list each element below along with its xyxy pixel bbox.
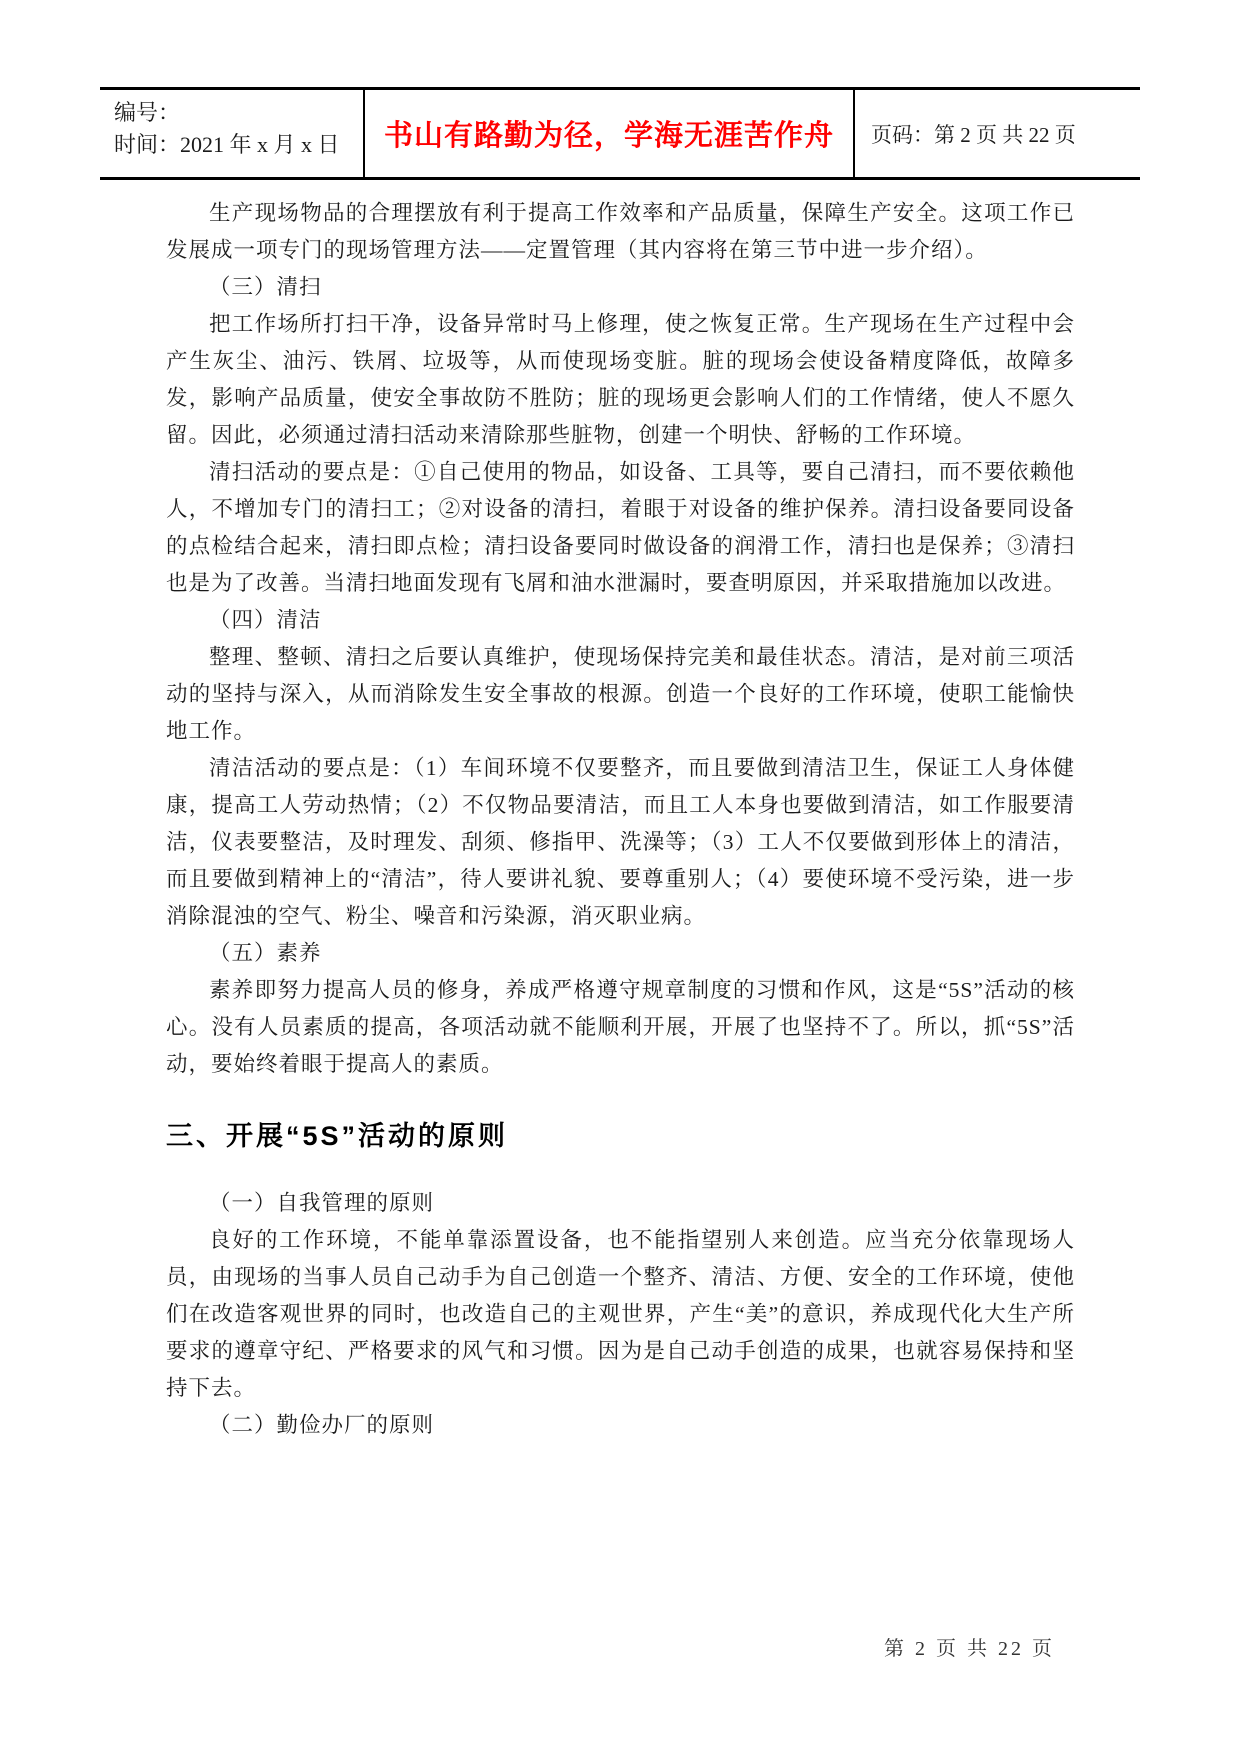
body-paragraph: 素养即努力提高人员的修身，养成严格遵守规章制度的习惯和作风，这是“5S”活动的核… [166,972,1075,1083]
section-subheading: （二）勤俭办厂的原则 [166,1407,1075,1444]
doc-number-label: 编号： [114,97,355,129]
body-paragraph: 整理、整顿、清扫之后要认真维护，使现场保持完美和最佳状态。清洁，是对前三项活动的… [166,639,1075,750]
body-paragraph: 把工作场所打扫干净，设备异常时马上修理，使之恢复正常。生产现场在生产过程中会产生… [166,306,1075,454]
header-middle-cell: 书山有路勤为径，学海无涯苦作舟 [365,90,855,177]
section-subheading: （五）素养 [166,935,1075,972]
header-right-cell: 页码：第 2 页 共 22 页 [855,90,1140,177]
section-subheading: （三）清扫 [166,269,1075,306]
section-heading: 三、开展“5S”活动的原则 [166,1115,1075,1157]
body-paragraph: 清扫活动的要点是：①自己使用的物品，如设备、工具等，要自己清扫，而不要依赖他人，… [166,454,1075,602]
doc-time-label: 时间：2021 年 x 月 x 日 [114,129,355,161]
page-footer: 第 2 页 共 22 页 [884,1632,1055,1661]
header-left-cell: 编号： 时间：2021 年 x 月 x 日 [100,90,365,177]
document-page: 编号： 时间：2021 年 x 月 x 日 书山有路勤为径，学海无涯苦作舟 页码… [0,0,1241,1754]
section-subheading: （四）清洁 [166,602,1075,639]
header-slogan: 书山有路勤为径，学海无涯苦作舟 [384,113,834,154]
document-body: 生产现场物品的合理摆放有利于提高工作效率和产品质量，保障生产安全。这项工作已发展… [166,195,1075,1444]
body-paragraph: 良好的工作环境，不能单靠添置设备，也不能指望别人来创造。应当充分依靠现场人员，由… [166,1222,1075,1407]
body-paragraph: 生产现场物品的合理摆放有利于提高工作效率和产品质量，保障生产安全。这项工作已发展… [166,195,1075,269]
header-page-number: 页码：第 2 页 共 22 页 [871,119,1076,149]
body-paragraph: 清洁活动的要点是：（1）车间环境不仅要整齐，而且要做到清洁卫生，保证工人身体健康… [166,750,1075,935]
section-subheading: （一）自我管理的原则 [166,1185,1075,1222]
page-header-table: 编号： 时间：2021 年 x 月 x 日 书山有路勤为径，学海无涯苦作舟 页码… [100,87,1140,180]
